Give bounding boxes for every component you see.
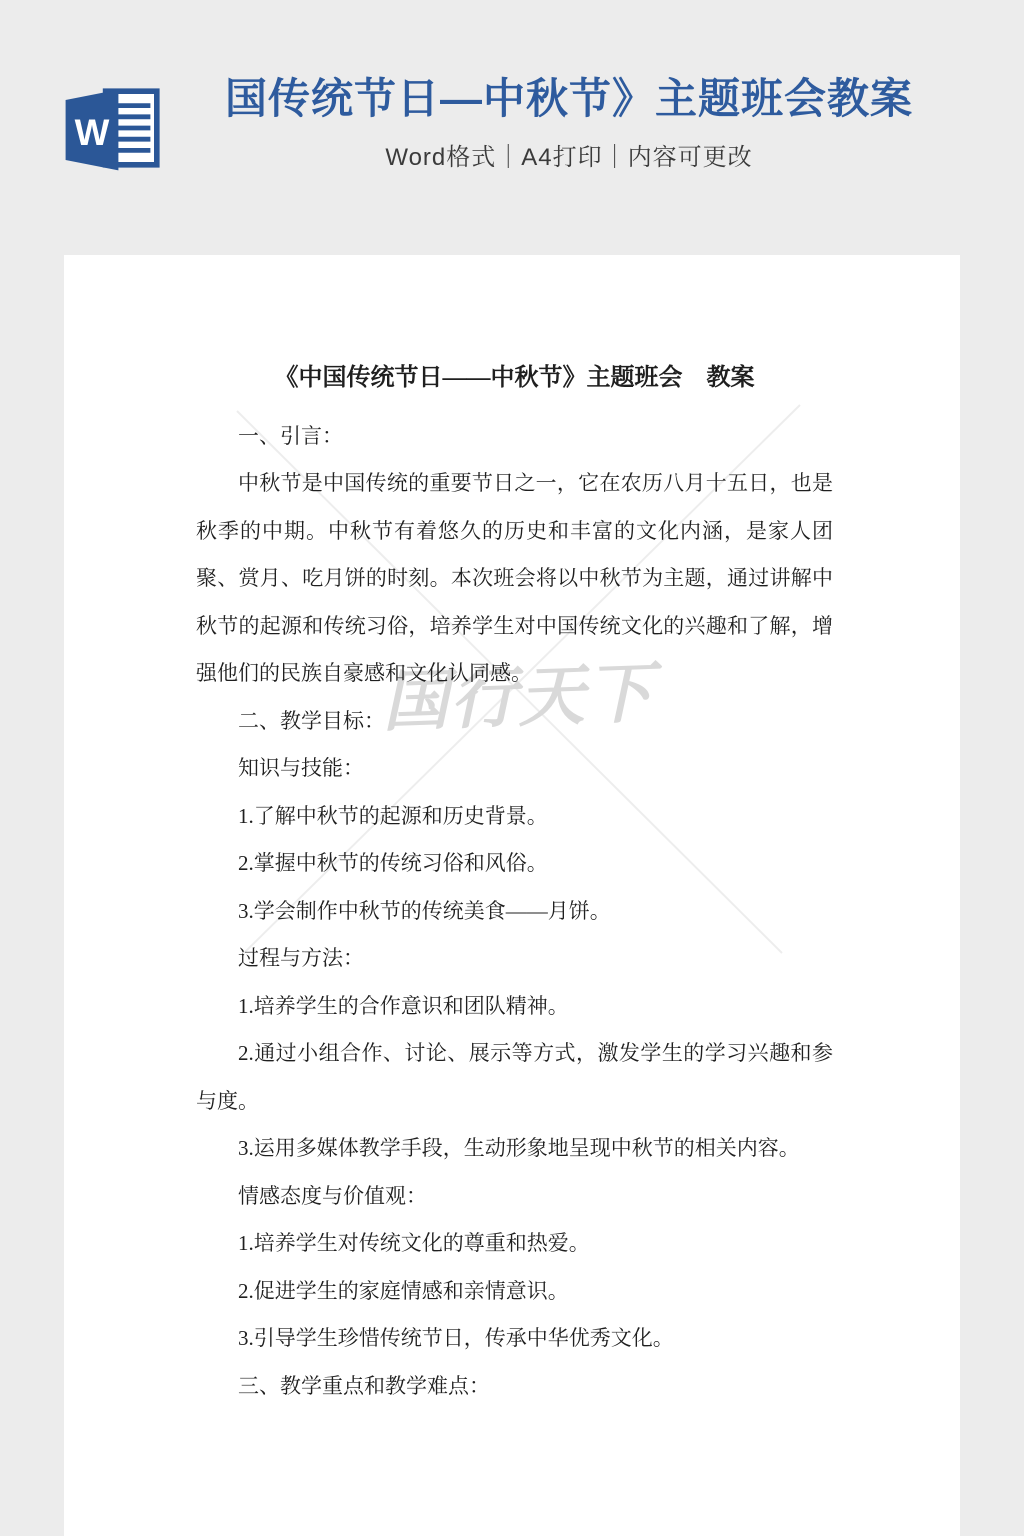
page-title: 国传统节日—中秋节》主题班会教案 [174,75,964,123]
doc-paragraph-values-item-3: 3.引导学生珍惜传统节日，传承中华优秀文化。 [196,1315,833,1363]
doc-paragraph-values-item-1: 1.培养学生对传统文化的尊重和热爱。 [196,1220,833,1268]
page-header: W 国传统节日—中秋节》主题班会教案 Word格式｜A4打印｜内容可更改 [60,75,964,180]
doc-paragraph-process-item-2: 2.通过小组合作、讨论、展示等方式，激发学生的学习兴趣和参与度。 [196,1030,833,1125]
header-text-block: 国传统节日—中秋节》主题班会教案 Word格式｜A4打印｜内容可更改 [164,75,964,172]
word-file-icon: W [60,80,164,180]
doc-paragraph-knowledge-item-3: 3.学会制作中秋节的传统美食——月饼。 [196,888,833,936]
doc-paragraph-process-item-1: 1.培养学生的合作意识和团队精神。 [196,983,833,1031]
doc-paragraph-knowledge-item-2: 2.掌握中秋节的传统习俗和风俗。 [196,840,833,888]
page-subtitle: Word格式｜A4打印｜内容可更改 [174,137,964,172]
doc-paragraph-intro-body: 中秋节是中国传统的重要节日之一，它在农历八月十五日，也是秋季的中期。中秋节有着悠… [196,460,833,698]
doc-paragraph-knowledge-skills-heading: 知识与技能： [196,745,833,793]
document-body: 《中国传统节日——中秋节》主题班会 教案 一、引言： 中秋节是中国传统的重要节日… [196,355,833,1410]
document-preview-card[interactable]: 国行天下 《中国传统节日——中秋节》主题班会 教案 一、引言： 中秋节是中国传统… [64,255,960,1536]
doc-paragraph-process-method-heading: 过程与方法： [196,935,833,983]
doc-paragraph-intro-heading: 一、引言： [196,413,833,461]
doc-paragraph-objectives-heading: 二、教学目标： [196,698,833,746]
doc-paragraph-values-heading: 情感态度与价值观： [196,1173,833,1221]
word-icon-graphic: W [60,80,164,180]
doc-paragraph-knowledge-item-1: 1.了解中秋节的起源和历史背景。 [196,793,833,841]
document-title: 《中国传统节日——中秋节》主题班会 教案 [196,355,833,403]
doc-paragraph-values-item-2: 2.促进学生的家庭情感和亲情意识。 [196,1268,833,1316]
word-icon-letter: W [75,112,110,153]
doc-paragraph-process-item-3: 3.运用多媒体教学手段，生动形象地呈现中秋节的相关内容。 [196,1125,833,1173]
doc-paragraph-key-points-heading: 三、教学重点和教学难点： [196,1363,833,1411]
